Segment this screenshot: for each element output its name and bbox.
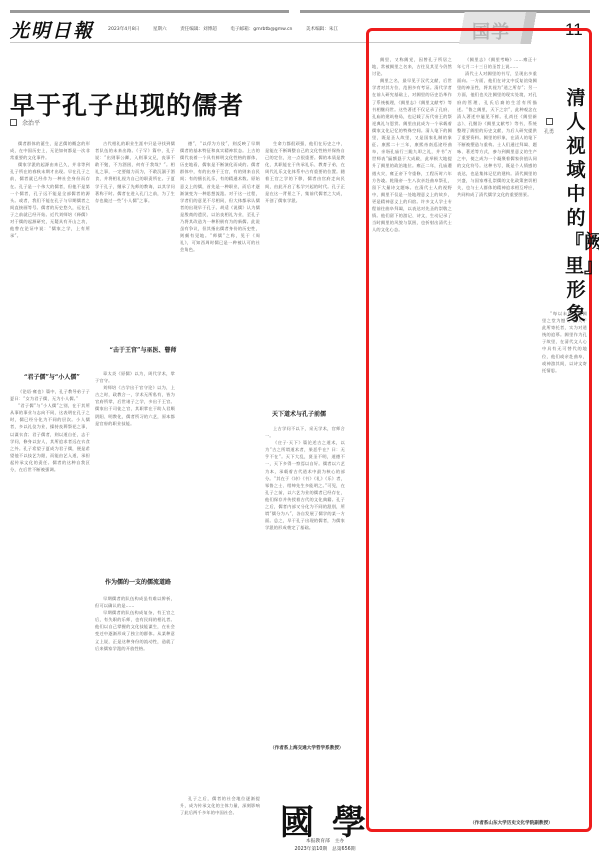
right-article-author: 孔勇 [544,128,554,136]
right-article-author-note: （作者系山东大学历史文化学院副教授） [470,820,580,827]
issue-date: 2023年4月8日 [108,27,139,32]
left-article-title: 早于孔子出现的儒者 [10,86,244,122]
right-article-title: 清人视域中的『阙里』形象 [565,86,587,326]
left-article-author: 余治平 [22,118,40,127]
left-article-column-2c: 早期儒者的队伍构成虽有难以辨析，但可以确认的是…… 早期儒者的队伍构成复杂，有王… [95,595,175,795]
masthead-meta: 2023年4月8日 星期六 责任编辑：刘博超 电子邮箱：gmrbtb@gmw.c… [108,26,350,32]
left-subhead-1: “君子儒”与“小人儒” [24,373,80,382]
left-article-column-1b: 《论语·雍也》篇中，孔子教导弟子子夏曰：“女为君子儒，无为小人儒。” “君子儒”… [10,388,90,788]
left-article-author-note: （作者系上海交通大学哲学系教授） [270,745,350,752]
left-subhead-4: 作为儒的一支的儒流道路 [105,578,171,587]
guoxue-section-logo: 國學 [280,795,384,844]
editor-email: 电子邮箱：gmrbtb@gmw.cn [230,27,292,32]
right-article-column-3: “每以未得一登阙里之堂为憾”，清人于此所寄托者，实为对道统的追慕。阙里作为孔子故… [542,310,587,820]
left-subhead-2: “击于王官”与巫医、瞽师 [108,346,178,355]
left-article-column-3: 德”，“以俘为方伎”，则反映了早期儒者的基本特征和真实精神状态。上古的儒代表着一… [180,140,260,790]
byline-box-icon [10,119,17,126]
right-article-column-2: 《阙里志》《阙里考略》……雍正十年七月二十三日的圣旨上说…… 清代士人对阙里的书… [457,56,537,821]
right-article-column-1: 阙里，又称阙党，因曾孔子所居之地，常被阙里之名来，古往及其至今仍然讨论。 阙里之… [372,56,452,821]
masthead-top-rule [10,10,289,13]
left-article-column-4b: 上古学问不以下，采无学术，官师合一。 《庄子·天下》篇论述古之道术，以为“古之所… [265,425,345,740]
byline-box-icon [546,118,553,125]
issue-weekday: 星期六 [153,27,167,32]
left-article-byline: 余治平 [10,118,40,127]
host-info: 本报教育部 主办 [240,838,410,846]
left-article-column-2b: 章太炎《原儒》以为，周代学术，掌于官守。 刘师培《古学出于官守论》以为，上古之时… [95,370,175,550]
left-article-column-1: 儒者群体的诞生，是艺儒的概念的形成，在中国历史上，无论如何都是一次非常重要的文化… [10,140,90,365]
issue-info: 2023年第10期 总第656期 [240,846,410,854]
right-article-byline: 孔勇 [544,118,554,136]
left-article-column-2: 古代相礼的职业生涯中只是寻找到儒者队伍的未来出路。《子罕》篇中，孔子说：“出则事… [95,140,175,340]
guoxue-section-info: 本报教育部 主办 2023年第10期 总第656期 [240,838,410,854]
masthead: 光明日報 2023年4月8日 星期六 责任编辑：刘博超 电子邮箱：gmrbtb@… [10,18,350,40]
responsible-editor: 责任编辑：刘博超 [180,27,217,32]
left-article-column-4: 生命力都很顽强，他们在历史之中，是能在不断调整自己的文化性格并保持自己的定位，这… [265,140,345,405]
left-subhead-3: 天下道术与孔子前儒 [272,410,326,419]
newspaper-logo: 光明日報 [10,16,94,43]
art-editor: 美术编辑：朱江 [306,27,338,32]
